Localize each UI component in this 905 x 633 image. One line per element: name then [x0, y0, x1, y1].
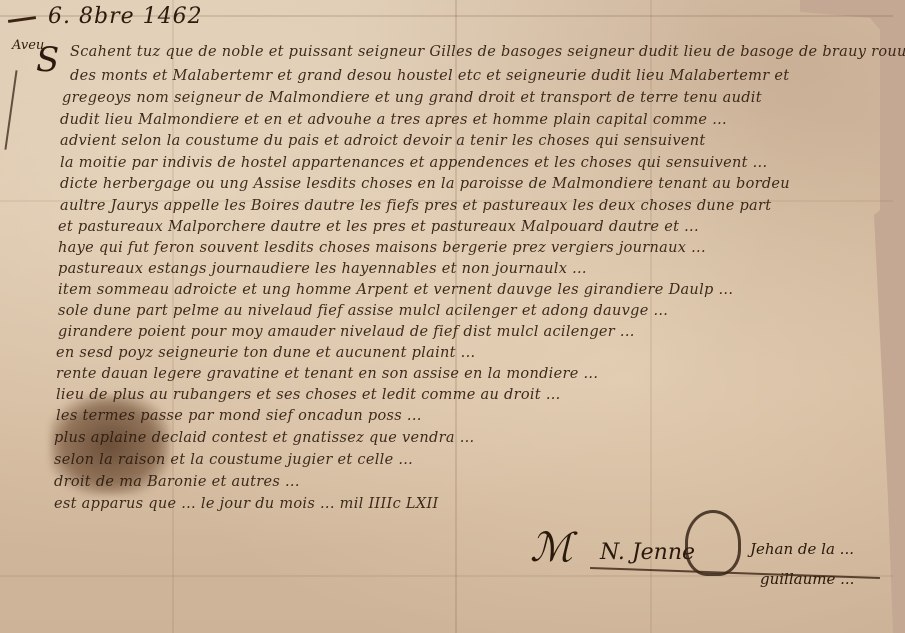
text-line: haye qui fut feron souvent lesdits chose…: [58, 240, 706, 256]
text-line: aultre Jaurys appelle les Boires dautre …: [60, 198, 771, 214]
text-line: en sesd poyz seigneurie ton dune et aucu…: [56, 345, 475, 361]
text-line: des monts et Malabertemr et grand desou …: [70, 68, 789, 84]
text-line: selon la raison et la coustume jugier et…: [54, 452, 413, 468]
text-line: et pastureaux Malporchere dautre et les …: [58, 219, 699, 235]
text-line: les termes passe par mond sief oncadun p…: [56, 408, 422, 424]
text-line: girandere poient pour moy amauder nivela…: [58, 324, 635, 340]
text-line: est apparus que ... le jour du mois ... …: [54, 496, 439, 512]
decorated-initial: S: [36, 40, 59, 80]
signature-paraph: [685, 510, 741, 576]
text-line: sole dune part pelme au nivelaud fief as…: [58, 303, 668, 319]
text-line: plus aplaine declaid contest et gnatisse…: [54, 430, 474, 446]
signature: Jehan de la ...: [750, 540, 854, 558]
date-heading: 6. 8bre 1462: [48, 4, 203, 29]
text-line: dudit lieu Malmondiere et en et advouhe …: [60, 112, 727, 128]
text-line: gregeoys nom seigneur de Malmondiere et …: [62, 90, 762, 106]
text-line: droit de ma Baronie et autres ...: [54, 474, 300, 490]
text-line: advient selon la coustume du pais et adr…: [60, 133, 705, 149]
text-line: rente dauan legere gravatine et tenant e…: [56, 366, 598, 382]
text-line: pastureaux estangs journaudiere les haye…: [58, 261, 587, 277]
signature: N. Jenne: [600, 540, 695, 565]
text-line: item sommeau adroicte et ung homme Arpen…: [58, 282, 733, 298]
text-line: lieu de plus au rubangers et ses choses …: [56, 387, 561, 403]
text-line: la moitie par indivis de hostel apparten…: [60, 155, 767, 171]
signature-initial: ℳ: [530, 525, 573, 571]
text-line: Scahent tuz que de noble et puissant sei…: [70, 44, 905, 60]
text-line: dicte herbergage ou ung Assise lesdits c…: [60, 176, 790, 192]
